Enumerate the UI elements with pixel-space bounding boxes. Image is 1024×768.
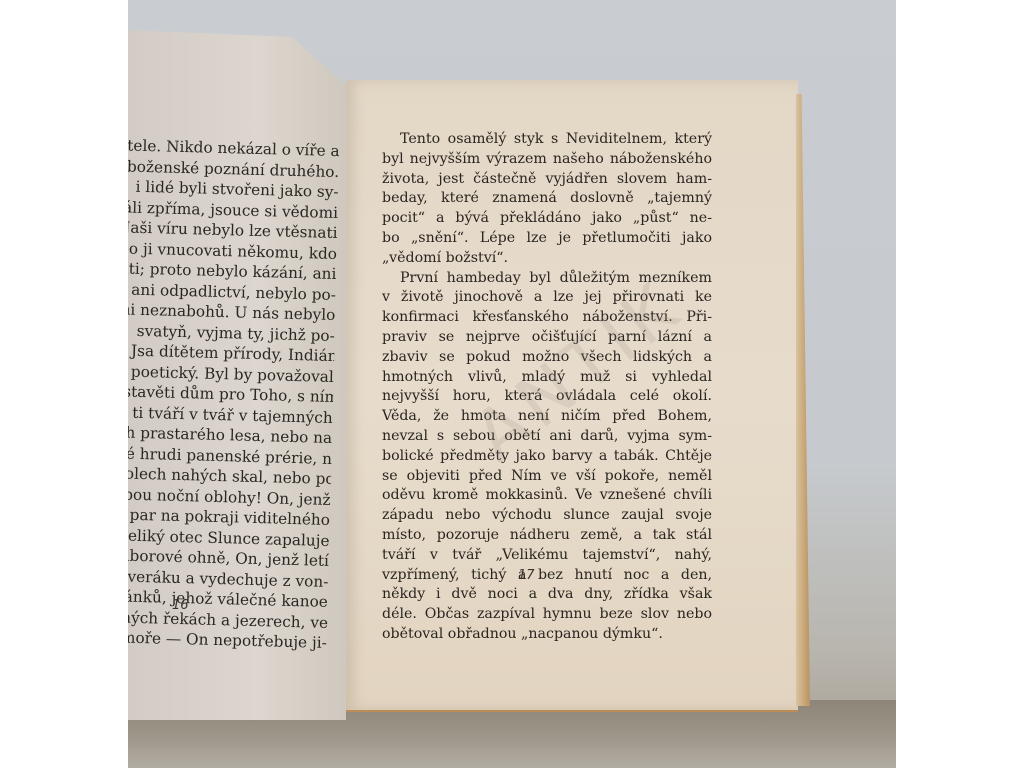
text-line: západu nebo východu slunce zaujal svoje: [382, 506, 712, 526]
text-line: někdy i dvě noci a dva dny, zřídka však: [382, 585, 712, 605]
text-line: tváří v tvář „Velikému tajemství“, nahý,: [382, 546, 712, 566]
page-number-right: 17: [518, 568, 535, 583]
text-line: místo, pozoruje nádheru země, a tak stál: [382, 526, 712, 546]
text-line: vzpřímený, tichý a bez hnutí noc a den,: [382, 566, 712, 586]
page-block-edge: [796, 94, 810, 706]
left-page: itele. Nikdo nekázal o víře anáboženské …: [128, 30, 346, 720]
text-line: „vědomí božství“.: [382, 249, 712, 269]
left-page-text: itele. Nikdo nekázal o víře anáboženské …: [128, 135, 340, 674]
text-line: praviv se nejprve očišťující parní lázní…: [382, 328, 712, 348]
text-line: zbaviv se pokud možno všech lidských a: [382, 348, 712, 368]
text-line: První hambeday byl důležitým mezníkem: [382, 269, 712, 289]
text-line: nevzal s sebou obětí ani darů, vyjma sym…: [382, 427, 712, 447]
text-line: obětoval obřadnou „nacpanou dýmku“.: [382, 625, 712, 645]
page-number-left: 16: [172, 598, 189, 613]
text-line: bo „snění“. Lépe lze je přetlumočiti jak…: [382, 229, 712, 249]
text-line: konfirmaci křesťanského náboženství. Při…: [382, 308, 712, 328]
text-line: beday, které znamená doslovně „tajemný: [382, 189, 712, 209]
text-line: byl nejvyšším výrazem našeho náboženskéh…: [382, 150, 712, 170]
text-line: Tento osamělý styk s Neviditelnem, který: [382, 130, 712, 150]
book-photo: itele. Nikdo nekázal o víře anáboženské …: [128, 0, 896, 768]
text-line: bolické předměty jako barvy a tabák. Cht…: [382, 447, 712, 467]
text-line: se objeviti před Ním ve vší pokoře, nemě…: [382, 467, 712, 487]
text-line: oděvu kromě mokkasinů. Ve vznešené chvíl…: [382, 486, 712, 506]
text-line: pocit“ a bývá překládáno jako „půst“ ne-: [382, 209, 712, 229]
text-line: života, jest částečně vyjádřen slovem ha…: [382, 170, 712, 190]
text-line: nejvyšší horu, která ovládala celé okolí…: [382, 387, 712, 407]
right-page-text: Tento osamělý styk s Neviditelnem, který…: [382, 130, 712, 645]
text-line: v životě jinochově a lze jej přirovnati …: [382, 288, 712, 308]
text-line: hmotných vlivů, mladý muž si vyhledal: [382, 368, 712, 388]
text-line: Věda, že hmota není ničím před Bohem,: [382, 407, 712, 427]
text-line: déle. Občas zazpíval hymnu beze slov neb…: [382, 605, 712, 625]
